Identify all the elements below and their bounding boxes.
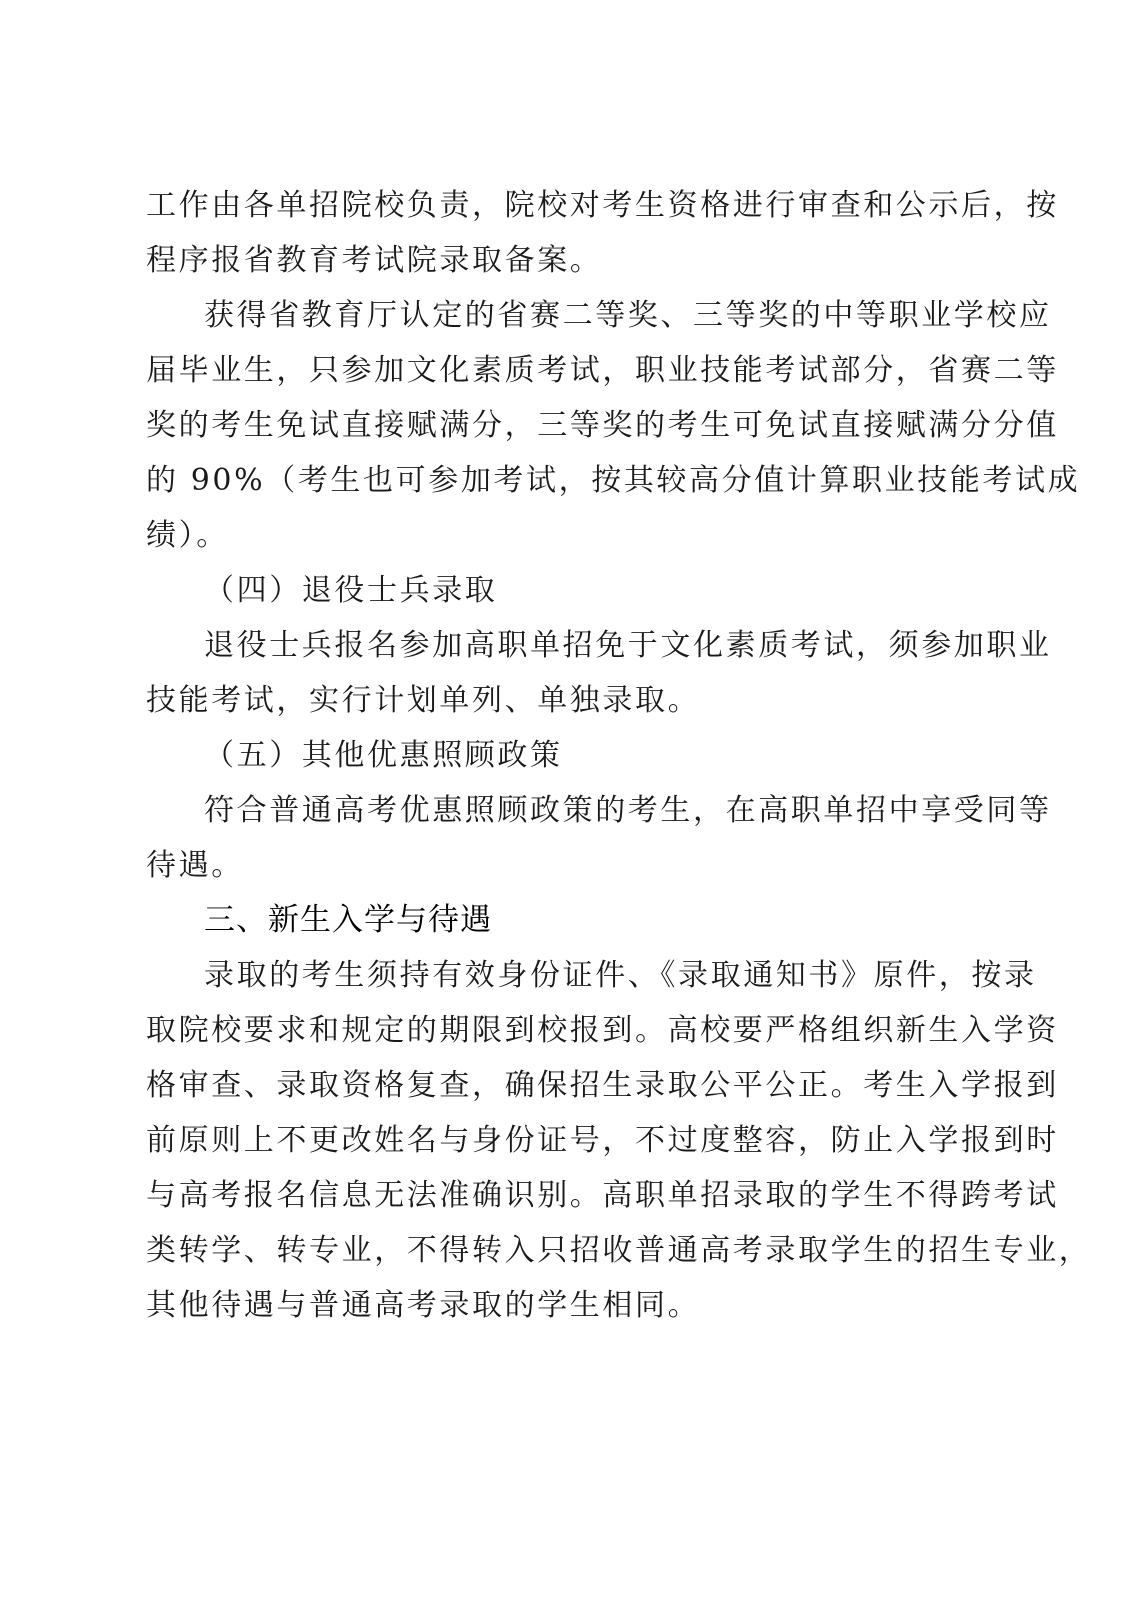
paragraph-enrollment-and-treatment: 录取的考生须持有效身份证件、《录取通知书》原件，按录 取院校要求和规定的期限到校… [146, 948, 968, 1333]
text-line: 其他待遇与普通高考录取的学生相同。 [146, 1278, 968, 1333]
text-line: 届毕业生，只参加文化素质考试，职业技能考试部分，省赛二等 [146, 343, 968, 398]
text-line: 绩）。 [146, 508, 968, 563]
text-line: 技能考试，实行计划单列、单独录取。 [146, 673, 968, 728]
text-line: 程序报省教育考试院录取备案。 [146, 233, 968, 288]
text-line: 退役士兵报名参加高职单招免于文化素质考试，须参加职业 [146, 618, 968, 673]
text-line: 获得省教育厅认定的省赛二等奖、三等奖的中等职业学校应 [146, 288, 968, 343]
subheading-veteran-admission: （四）退役士兵录取 [146, 563, 968, 618]
text-line: 类转学、转专业，不得转入只招收普通高考录取学生的招生专业， [146, 1223, 968, 1278]
subheading-other-preferential-policies: （五）其他优惠照顾政策 [146, 728, 968, 783]
text-line: 取院校要求和规定的期限到校报到。高校要严格组织新生入学资 [146, 1003, 968, 1058]
text-line: 奖的考生免试直接赋满分，三等奖的考生可免试直接赋满分分值 [146, 398, 968, 453]
text-line: 格审查、录取资格复查，确保招生录取公平公正。考生入学报到 [146, 1058, 968, 1113]
text-line: 的 90%（考生也可参加考试，按其较高分值计算职业技能考试成 [146, 453, 968, 508]
document-page: 工作由各单招院校负责，院校对考生资格进行审查和公示后，按 程序报省教育考试院录取… [146, 178, 968, 1333]
paragraph-other-preferential-policies: 符合普通高考优惠照顾政策的考生，在高职单招中享受同等 待遇。 [146, 783, 968, 893]
text-line: 工作由各单招院校负责，院校对考生资格进行审查和公示后，按 [146, 178, 968, 233]
text-line: 待遇。 [146, 838, 968, 893]
paragraph-veteran-admission: 退役士兵报名参加高职单招免于文化素质考试，须参加职业 技能考试，实行计划单列、单… [146, 618, 968, 728]
paragraph-provincial-award: 获得省教育厅认定的省赛二等奖、三等奖的中等职业学校应 届毕业生，只参加文化素质考… [146, 288, 968, 563]
text-line: 录取的考生须持有效身份证件、《录取通知书》原件，按录 [146, 948, 968, 1003]
text-line: 与高考报名信息无法准确识别。高职单招录取的学生不得跨考试 [146, 1168, 968, 1223]
text-line: 符合普通高考优惠照顾政策的考生，在高职单招中享受同等 [146, 783, 968, 838]
heading-enrollment-and-treatment: 三、新生入学与待遇 [146, 893, 968, 948]
paragraph-qualification-review: 工作由各单招院校负责，院校对考生资格进行审查和公示后，按 程序报省教育考试院录取… [146, 178, 968, 288]
text-line: 前原则上不更改姓名与身份证号，不过度整容，防止入学报到时 [146, 1113, 968, 1168]
